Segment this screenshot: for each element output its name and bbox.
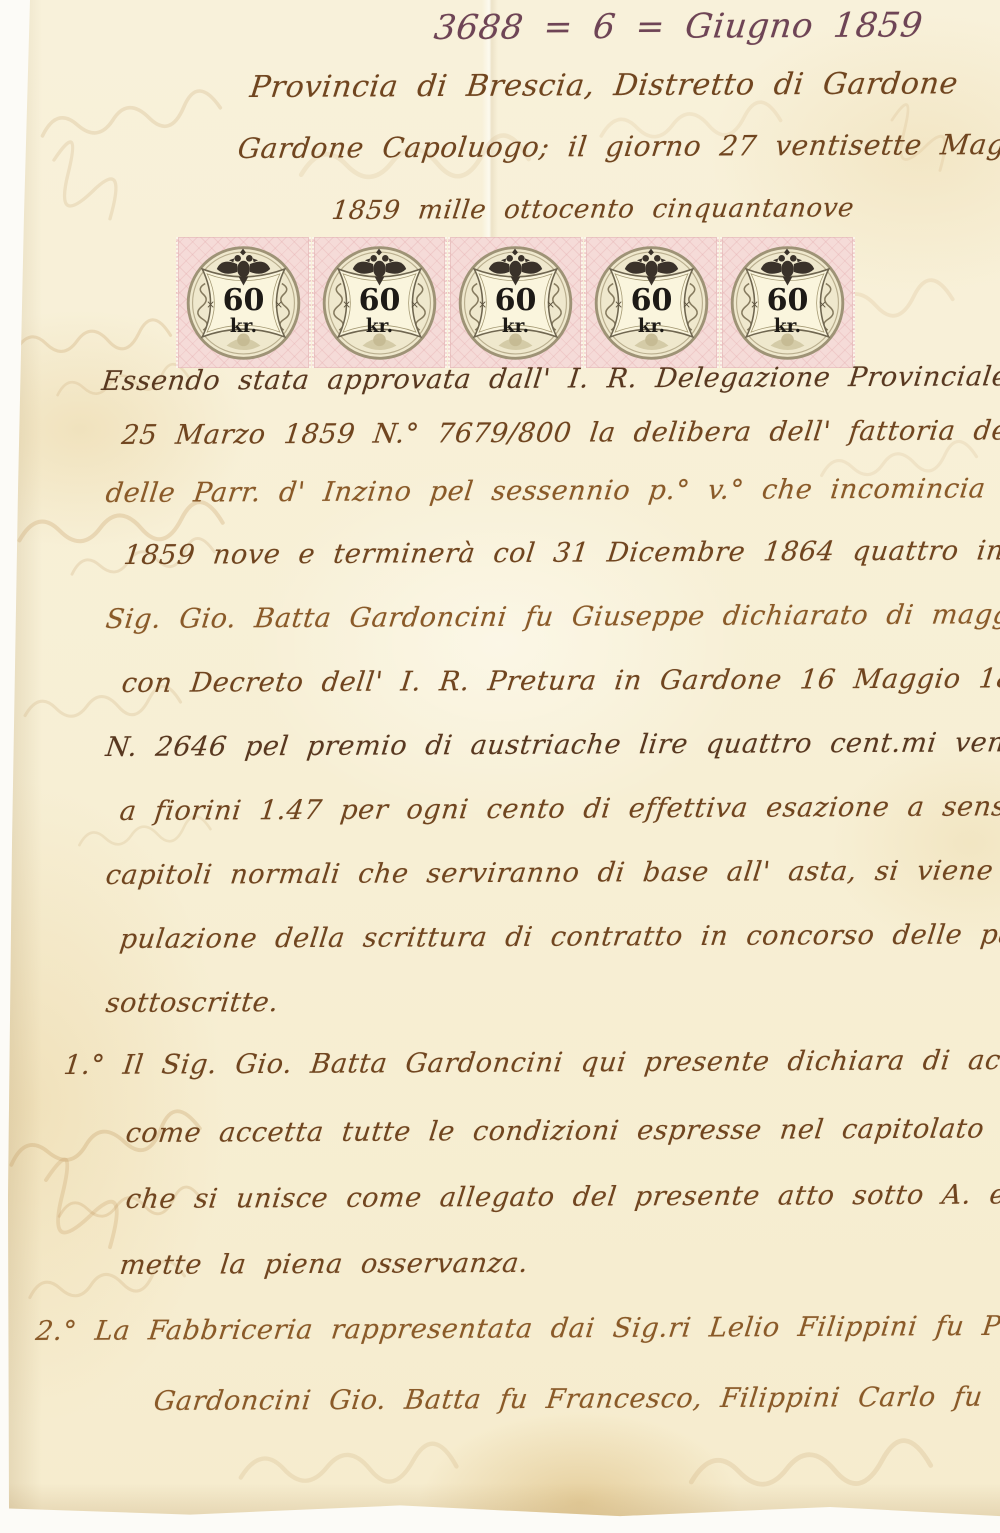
handwritten-line: Essendo stata approvata dall' I. R. Dele… <box>100 360 1000 397</box>
revenue-stamp: × × 60 kr. <box>448 237 583 368</box>
handwritten-line: Gardoncini Gio. Batta fu Francesco, Fili… <box>152 1382 984 1417</box>
stamp-value: 60 <box>767 283 809 318</box>
handwritten-line: capitoli normali che serviranno di base … <box>104 855 1000 891</box>
panel-right-tick: × <box>818 298 827 311</box>
handwritten-line: 1859 mille ottocento cinquantanove <box>330 193 856 226</box>
stamp-value: 60 <box>495 283 537 318</box>
stamp-value: 60 <box>223 283 265 318</box>
panel-right-tick: × <box>682 298 691 311</box>
panel-left-tick: × <box>342 298 351 311</box>
panel-left-tick: × <box>478 298 487 311</box>
revenue-stamp: × × 60 kr. <box>312 237 447 368</box>
handwritten-line: pulazione della scrittura di contratto i… <box>118 919 1000 955</box>
bleed-through-marks <box>0 0 1000 1533</box>
panel-left-tick: × <box>614 298 623 311</box>
stamp-medallion: × × 60 kr. <box>450 237 581 368</box>
handwritten-line: mette la piena osservanza. <box>118 1248 530 1281</box>
stamp-medallion: × × 60 kr. <box>178 237 309 368</box>
stamp-unit: kr. <box>230 316 257 337</box>
page-bottom-edge-shadow <box>0 1483 1000 1517</box>
revenue-stamp-strip: × × 60 kr. <box>176 237 855 368</box>
revenue-stamp: × × 60 kr. <box>176 237 311 368</box>
revenue-stamp: × × 60 kr. <box>720 237 855 368</box>
stamp-unit: kr. <box>502 316 529 337</box>
handwritten-line: 2.° La Fabbriceria rappresentata dai Sig… <box>34 1311 1000 1347</box>
panel-right-tick: × <box>274 298 283 311</box>
page-left-edge-shadow <box>6 0 42 1533</box>
document-page: × × 60 kr. <box>0 0 1000 1533</box>
handwritten-line: delle Parr. d' Inzino pel sessennio p.° … <box>104 472 1000 509</box>
handwritten-line: con Decreto dell' I. R. Pretura in Gardo… <box>120 663 1000 699</box>
stamp-medallion: × × 60 kr. <box>722 237 853 368</box>
panel-right-tick: × <box>410 298 419 311</box>
stamp-medallion: × × 60 kr. <box>314 237 445 368</box>
handwritten-line: Sig. Gio. Batta Gardoncini fu Giuseppe d… <box>104 599 1000 635</box>
handwritten-line: sottoscritte. <box>104 987 280 1019</box>
stamp-unit: kr. <box>366 316 393 337</box>
handwritten-line: 1.° Il Sig. Gio. Batta Gardoncini qui pr… <box>62 1045 1000 1081</box>
revenue-stamp: × × 60 kr. <box>584 237 719 368</box>
stamp-medallion: × × 60 kr. <box>586 237 717 368</box>
handwritten-line: N. 2646 pel premio di austriache lire qu… <box>104 727 1000 763</box>
handwritten-line: a fiorini 1.47 per ogni cento di effetti… <box>118 791 1000 827</box>
handwritten-line: che si unisce come allegato del presente… <box>124 1179 1000 1215</box>
handwritten-line: 3688 = 6 = Giugno 1859 <box>432 5 925 48</box>
panel-right-tick: × <box>546 298 555 311</box>
stamp-value: 60 <box>359 283 401 318</box>
handwritten-line: 1859 nove e terminerà col 31 Dicembre 18… <box>122 535 1000 571</box>
panel-left-tick: × <box>206 298 215 311</box>
panel-left-tick: × <box>750 298 759 311</box>
stamp-value: 60 <box>631 283 673 318</box>
stamp-unit: kr. <box>638 316 665 337</box>
stamp-unit: kr. <box>774 316 801 337</box>
handwritten-line: come accetta tutte le condizioni espress… <box>124 1113 1000 1149</box>
document-scan: × × 60 kr. <box>0 0 1000 1533</box>
handwritten-line: Gardone Capoluogo; il giorno 27 ventiset… <box>236 128 1000 165</box>
handwritten-line: 25 Marzo 1859 N.° 7679/800 la delibera d… <box>120 414 1000 451</box>
handwritten-line: Provincia di Brescia, Distretto di Gardo… <box>248 66 960 105</box>
